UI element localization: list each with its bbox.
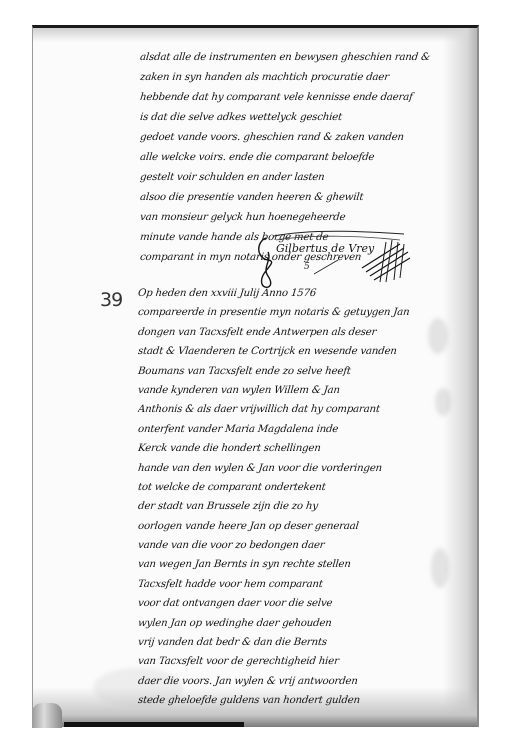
text-line: tot welcke de comparant ondertekent <box>137 478 439 497</box>
text-line: compareerde in presentie myn notaris & g… <box>137 303 439 322</box>
text-line: van wegen Jan Bernts in syn rechte stell… <box>137 555 439 574</box>
text-line: is dat die selve adkes wettelyck geschie… <box>139 108 441 128</box>
signature-mark: 5 <box>304 262 310 272</box>
entry-number: 39 <box>100 289 122 311</box>
text-line: van Tacxsfelt voor de gerechtigheid hier <box>137 652 439 671</box>
page-edge-shading <box>443 28 477 727</box>
page-bottom-edge <box>64 722 244 727</box>
text-line: Op heden den xxviii Julij Anno 1576 <box>137 284 439 303</box>
text-line: Kerck vande die hondert schellingen <box>137 439 439 458</box>
entry-paragraph: Op heden den xxviii Julij Anno 1576 comp… <box>138 284 438 711</box>
text-line: daer die voors. Jan wylen & vrij antwoor… <box>137 672 439 691</box>
text-line: stede gheloefde guldens van hondert guld… <box>137 691 439 710</box>
text-line: vande kynderen van wylen Willem & Jan <box>137 381 439 400</box>
text-line: alsoo die presentie vanden heeren & ghew… <box>139 188 441 208</box>
signature-name: Gilbertus de Vrey <box>276 242 374 255</box>
text-line: stadt & Vlaenderen te Cortrijck en wesen… <box>137 342 439 361</box>
notary-signature: Gilbertus de Vrey 5 <box>254 230 414 290</box>
text-line: van monsieur gelyck hun hoenegeheerde <box>139 208 441 228</box>
text-line: dongen van Tacxsfelt ende Antwerpen als … <box>137 323 439 342</box>
document-scan: alsdat alle de instrumenten en bewysen g… <box>0 0 512 754</box>
page-curl-corner <box>32 703 62 728</box>
text-line: Boumans van Tacxsfelt ende zo selve heef… <box>137 362 439 381</box>
text-line: der stadt van Brussele zijn die zo hy <box>137 497 439 516</box>
signature-flourish-icon <box>254 230 414 290</box>
text-line: Tacxsfelt hadde voor hem comparant <box>137 575 439 594</box>
text-line: alle welcke voirs. ende die comparant be… <box>139 148 441 168</box>
text-line: zaken in syn handen als machtich procura… <box>139 68 441 88</box>
text-line: alsdat alle de instrumenten en bewysen g… <box>139 48 441 68</box>
text-line: gestelt voir schulden en ander lasten <box>139 168 441 188</box>
text-line: vande van die voor zo bedongen daer <box>137 536 439 555</box>
text-line: voor dat ontvangen daer voor die selve <box>137 594 439 613</box>
text-line: vrij vanden dat bedr & dan die Bernts <box>137 633 439 652</box>
text-line: oorlogen vande heere Jan op deser genera… <box>137 517 439 536</box>
text-line: gedoet vande voors. gheschien rand & zak… <box>139 128 441 148</box>
text-line: Anthonis & als daer vrijwillich dat hy c… <box>137 400 439 419</box>
text-line: hande van den wylen & Jan voor die vorde… <box>137 459 439 478</box>
text-line: onterfent vander Maria Magdalena inde <box>137 420 439 439</box>
text-line: hebbende dat hy comparant vele kennisse … <box>139 88 441 108</box>
text-line: wylen Jan op wedinghe daer gehouden <box>137 614 439 633</box>
